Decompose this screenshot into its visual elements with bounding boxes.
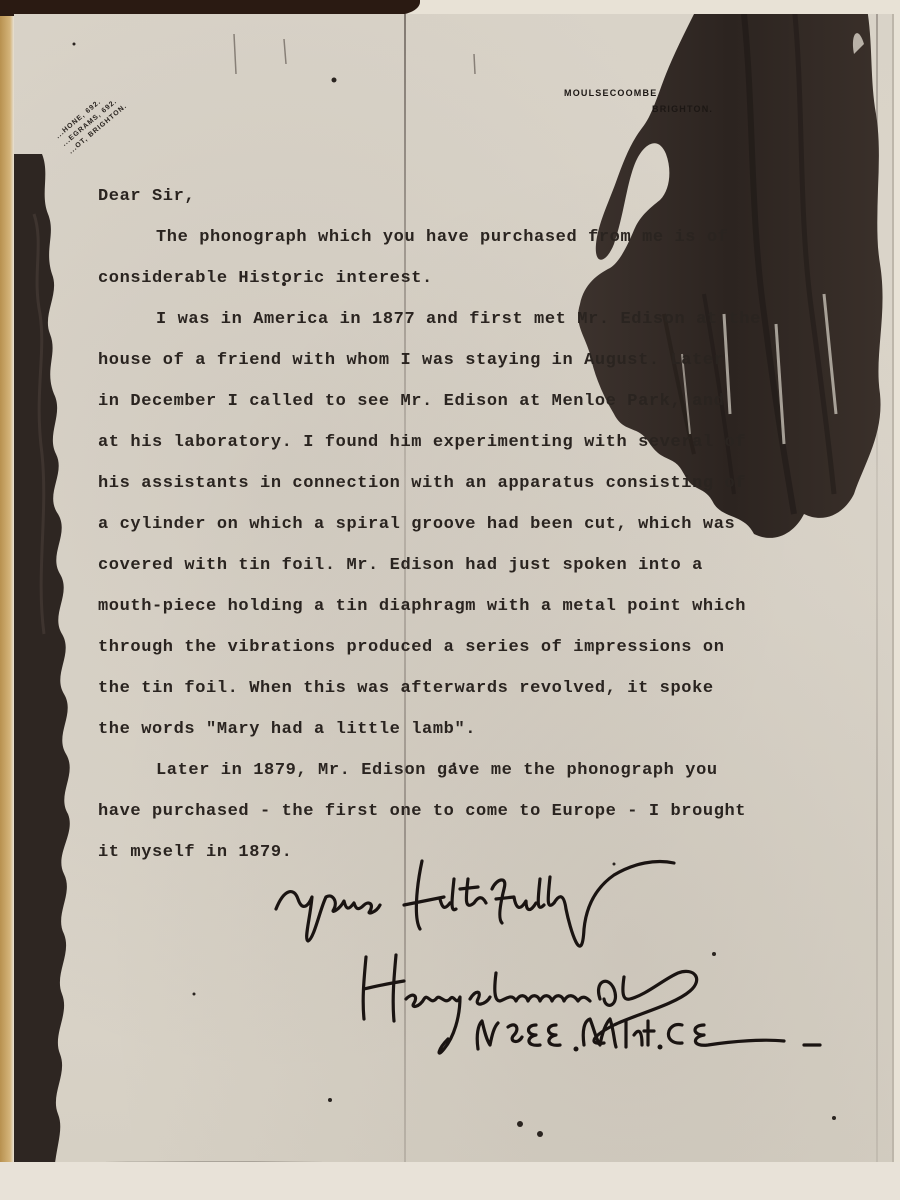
paragraph-2-line: I was in America in 1877 and first met M…	[98, 299, 858, 340]
left-edge-blot	[14, 154, 84, 1184]
letterhead-address: MOULSECOOMBE BRIGHTON.	[564, 88, 713, 114]
address-line-1: MOULSECOOMBE	[564, 88, 657, 98]
paragraph-2-line: covered with tin foil. Mr. Edison had ju…	[98, 545, 858, 586]
paragraph-2-line: the words "Mary had a little lamb".	[98, 709, 858, 750]
paragraph-2-line: the tin foil. When this was afterwards r…	[98, 668, 858, 709]
paragraph-3-line: Later in 1879, Mr. Edison gave me the ph…	[98, 750, 858, 791]
letterhead-contact: ...HONE, 692. ...EGRAMS, 692. ...OT, BRI…	[54, 87, 130, 157]
letter-page: ...HONE, 692. ...EGRAMS, 692. ...OT, BRI…	[14, 14, 894, 1184]
paragraph-3-line: have purchased - the first one to come t…	[98, 791, 858, 832]
paragraph-2-line: through the vibrations produced a series…	[98, 627, 858, 668]
bottom-margin	[0, 1162, 900, 1200]
paragraph-2-line: in December I called to see Mr. Edison a…	[98, 381, 858, 422]
letter-body: Dear Sir, The phonograph which you have …	[98, 176, 858, 873]
paragraph-1-line: considerable Historic interest.	[98, 258, 858, 299]
paragraph-2-line: his assistants in connection with an app…	[98, 463, 858, 504]
handwritten-signature-icon	[264, 849, 864, 1069]
salutation: Dear Sir,	[98, 176, 858, 217]
address-line-2: BRIGHTON.	[652, 104, 713, 114]
paragraph-2-line: at his laboratory. I found him experimen…	[98, 422, 858, 463]
paragraph-2-line: house of a friend with whom I was stayin…	[98, 340, 858, 381]
signature-block: Yours faithfully Henry Edmunds M.I.E.E. …	[264, 849, 864, 1069]
paragraph-2-line: a cylinder on which a spiral groove had …	[98, 504, 858, 545]
signature-credentials: M.I.E.E. M.Inst.C.E.	[264, 849, 274, 850]
paragraph-2-line: mouth-piece holding a tin diaphragm with…	[98, 586, 858, 627]
paragraph-1-line: The phonograph which you have purchased …	[98, 217, 858, 258]
